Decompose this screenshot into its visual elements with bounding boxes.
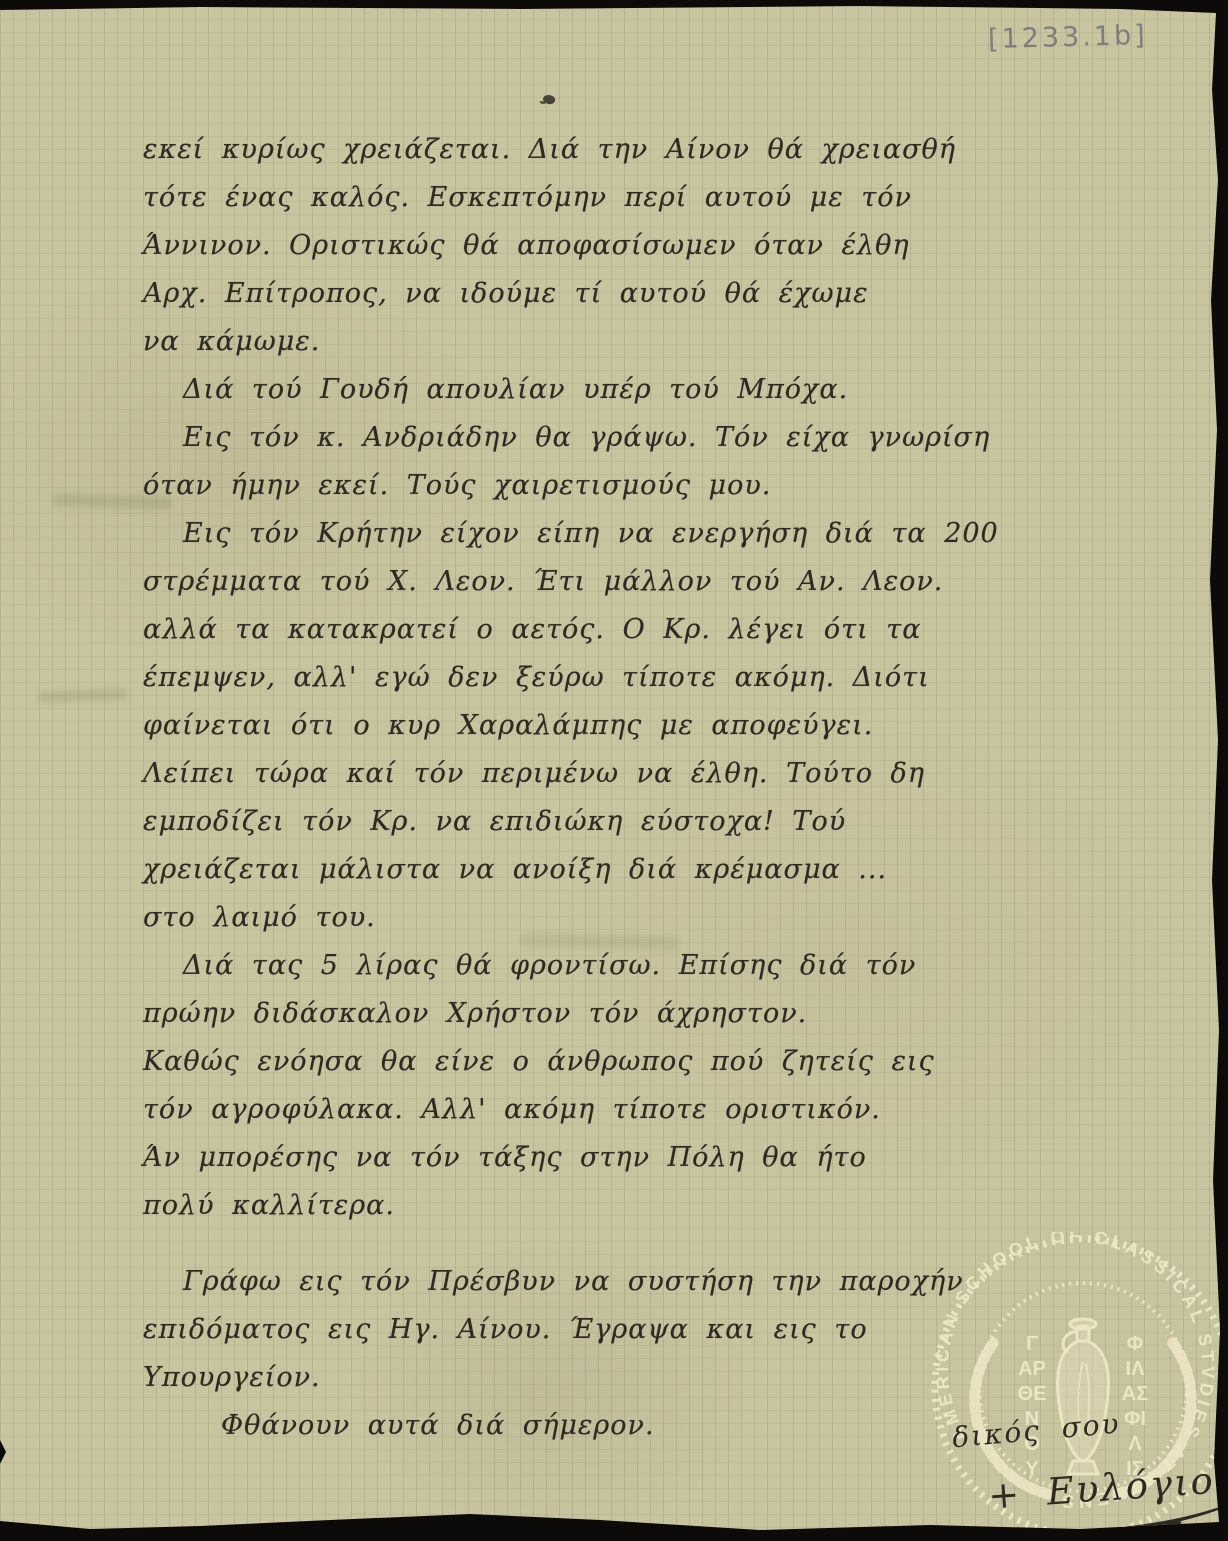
ink-blot (542, 93, 556, 106)
seal-letter: Φ (1127, 1333, 1143, 1355)
letter-line: όταν ήμην εκεί. Τούς χαιρετισμούς μου. (143, 462, 1128, 510)
letter-line: Εις τόν κ. Ανδριάδην θα γράψω. Τόν είχα … (143, 414, 1128, 462)
letter-body: εκεί κυρίως χρειάζεται. Διά την Αίνον θά… (143, 126, 1128, 1450)
letter-line: φαίνεται ότι ο κυρ Χαραλάμπης με αποφεύγ… (143, 702, 1128, 750)
letter-paragraph: Διά τας 5 λίρας θά φροντίσω. Επίσης διά … (143, 942, 1128, 1230)
letter-line: έπεμψεν, αλλ' εγώ δεν ξεύρω τίποτε ακόμη… (143, 654, 1128, 702)
letter-line: Υπουργείον. (143, 1354, 1128, 1402)
seal-letter: Λ (1128, 1433, 1142, 1455)
seal-letter: ΙΛ (1126, 1358, 1146, 1380)
letter-line: επιδόματος εις Ηγ. Αίνου. Έγραψα και εις… (143, 1306, 1128, 1354)
letter-line: τόν αγροφύλακα. Αλλ' ακόμη τίποτε οριστι… (143, 1086, 1128, 1134)
letter-line: Γράφω εις τόν Πρέσβυν να συστήση την παρ… (143, 1258, 1128, 1306)
letter-line: τότε ένας καλός. Εσκεπτόμην περί αυτού μ… (143, 174, 1128, 222)
bleed-through-smudge (38, 688, 128, 702)
letter-line: εμποδίζει τόν Κρ. να επιδιώκη εύστοχα! Τ… (143, 798, 1128, 846)
letter-line: να κάμωμε. (143, 318, 1128, 366)
letter-paragraph: εκεί κυρίως χρειάζεται. Διά την Αίνον θά… (143, 126, 1128, 366)
letter-line: Λείπει τώρα καί τόν περιμένω να έλθη. Το… (143, 750, 1128, 798)
letter-paragraph: Εις τόν κ. Ανδριάδην θα γράψω. Τόν είχα … (143, 414, 1128, 510)
letter-line: πρώην διδάσκαλον Χρήστον τόν άχρηστον. (143, 990, 1128, 1038)
letter-line: στο λαιμό του. (143, 894, 1128, 942)
letter-line: Διά τού Γουδή απουλίαν υπέρ τού Μπόχα. (143, 366, 1128, 414)
paper: [1233.1b] AMERICAN SCHOOL OF CLASSICAL S… (0, 0, 1228, 1541)
letter-line: αλλά τα κατακρατεί ο αετός. Ο Κρ. λέγει … (143, 606, 1128, 654)
letter-line: στρέμματα τού Χ. Λεον. Έτι μάλλον τού Αν… (143, 558, 1128, 606)
letter-line: Καθώς ενόησα θα είνε ο άνθρωπος πού ζητε… (143, 1038, 1128, 1086)
letter-line: Αρχ. Επίτροπος, να ιδούμε τί αυτού θά έχ… (143, 270, 1128, 318)
scanned-letter-page: { "document": { "catalog_number": "[1233… (0, 0, 1228, 1541)
catalog-number: [1233.1b] (988, 20, 1148, 55)
letter-line: Εις τόν Κρήτην είχον είπη να ενεργήση δι… (143, 510, 1128, 558)
letter-line: πολύ καλλίτερα. (143, 1182, 1128, 1230)
letter-line: Άν μπορέσης να τόν τάξης στην Πόλη θα ήτ… (143, 1134, 1128, 1182)
letter-line: Διά τας 5 λίρας θά φροντίσω. Επίσης διά … (143, 942, 1128, 990)
letter-line: Άννινον. Οριστικώς θά αποφασίσωμεν όταν … (143, 222, 1128, 270)
letter-paragraph: Διά τού Γουδή απουλίαν υπέρ τού Μπόχα. (143, 366, 1128, 414)
letter-line: χρειάζεται μάλιστα να ανοίξη διά κρέμασμ… (143, 846, 1128, 894)
letter-paragraph: Γράφω εις τόν Πρέσβυν να συστήση την παρ… (143, 1258, 1128, 1402)
letter-paragraph: Εις τόν Κρήτην είχον είπη να ενεργήση δι… (143, 510, 1128, 942)
letter-line: εκεί κυρίως χρειάζεται. Διά την Αίνον θά… (143, 126, 1128, 174)
